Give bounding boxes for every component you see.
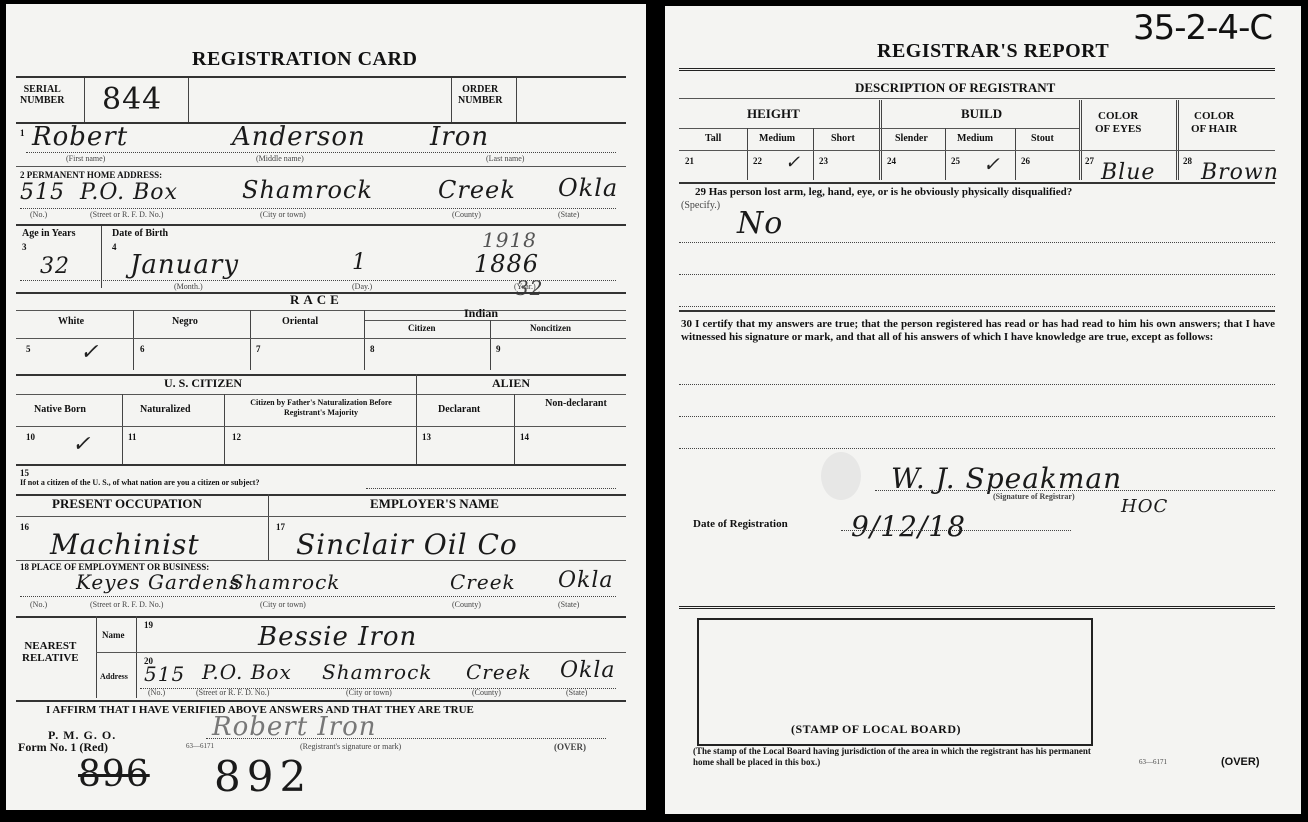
- height-medium-checkmark: ✓: [785, 152, 800, 173]
- hair-color-header: COLOROF HAIR: [1191, 110, 1237, 136]
- home-address-street: P.O. Box: [80, 180, 178, 205]
- dob-day: 1: [352, 250, 367, 275]
- file-code: 35-2-4-C: [1133, 8, 1272, 48]
- description-header: DESCRIPTION OF REGISTRANT: [855, 80, 1055, 96]
- occupation-header: PRESENT OCCUPATION: [52, 496, 202, 512]
- race-white-checkmark: ✓: [80, 340, 98, 365]
- question-30-certification: 30 I certify that my answers are true; t…: [681, 318, 1275, 344]
- relative-address-street: P.O. Box: [202, 660, 292, 684]
- question-29-answer: No: [737, 206, 783, 241]
- nearest-relative-label: NEARESTRELATIVE: [22, 640, 79, 664]
- report-title: REGISTRAR'S REPORT: [877, 40, 1109, 63]
- native-born-checkmark: ✓: [72, 432, 90, 457]
- employer-header: EMPLOYER'S NAME: [370, 496, 499, 512]
- home-address-city: Shamrock: [242, 176, 373, 204]
- order-number-label: ORDERNUMBER: [458, 84, 502, 106]
- date-of-registration-label: Date of Registration: [693, 518, 788, 530]
- corrected-number: 892: [214, 752, 312, 801]
- home-address-no: 515: [20, 180, 65, 205]
- us-citizen-header: U. S. CITIZEN: [164, 376, 242, 391]
- stamp-note: (The stamp of the Local Board having jur…: [693, 746, 1103, 768]
- dob-month: January: [130, 250, 239, 280]
- relative-address-city: Shamrock: [322, 660, 432, 684]
- form-id-line2: Form No. 1 (Red): [18, 740, 108, 755]
- first-name: Robert: [32, 122, 128, 152]
- relative-name: Bessie Iron: [258, 622, 417, 652]
- occupation-value: Machinist: [50, 528, 200, 561]
- age-value: 32: [40, 254, 70, 279]
- serial-number-label: SERIALNUMBER: [20, 84, 64, 106]
- place-city: Shamrock: [230, 570, 340, 594]
- dob-year: 1886: [474, 250, 539, 278]
- eye-color-header: COLOROF EYES: [1095, 110, 1141, 136]
- registration-card: REGISTRATION CARD SERIALNUMBER 844 ORDER…: [6, 4, 646, 810]
- middle-name: Anderson: [232, 122, 366, 152]
- home-address-label: 2 PERMANENT HOME ADDRESS:: [20, 170, 162, 180]
- age-annotation: 32: [516, 276, 543, 300]
- stamp-label: (STAMP OF LOCAL BOARD): [791, 722, 961, 737]
- alien-header: ALIEN: [492, 376, 530, 391]
- place-street: Keyes Gardens: [76, 570, 240, 594]
- place-county: Creek: [450, 570, 516, 594]
- nation-question: If not a citizen of the U. S., of what n…: [20, 478, 259, 487]
- registrars-report-card: REGISTRAR'S REPORT 35-2-4-C DESCRIPTION …: [665, 6, 1301, 814]
- place-state: Okla: [558, 568, 614, 593]
- build-header: BUILD: [961, 106, 1002, 122]
- faded-stamp-mark: [821, 452, 861, 500]
- question-29: 29 Has person lost arm, leg, hand, eye, …: [695, 186, 1072, 199]
- serial-number-value: 844: [102, 82, 162, 117]
- dob-label: Date of Birth: [112, 228, 168, 239]
- struck-number: 896: [78, 754, 150, 795]
- age-label: Age in Years: [22, 228, 76, 239]
- home-address-state: Okla: [558, 174, 618, 202]
- race-header: RACE: [290, 292, 343, 308]
- last-name: Iron: [430, 122, 489, 152]
- relative-address-no: 515: [144, 662, 185, 686]
- build-medium-checkmark: ✓: [983, 152, 1000, 176]
- date-of-registration-value: 9/12/18: [851, 510, 966, 543]
- employer-value: Sinclair Oil Co: [296, 528, 518, 561]
- home-address-county: Creek: [438, 176, 516, 204]
- year-annotation: 1918: [482, 228, 537, 252]
- relative-address-county: Creek: [466, 660, 532, 684]
- card-title: REGISTRATION CARD: [192, 48, 417, 71]
- indian-header: Indian: [464, 306, 498, 321]
- registrar-initials: HOC: [1121, 496, 1168, 517]
- relative-address-state: Okla: [560, 658, 616, 683]
- height-header: HEIGHT: [747, 106, 800, 122]
